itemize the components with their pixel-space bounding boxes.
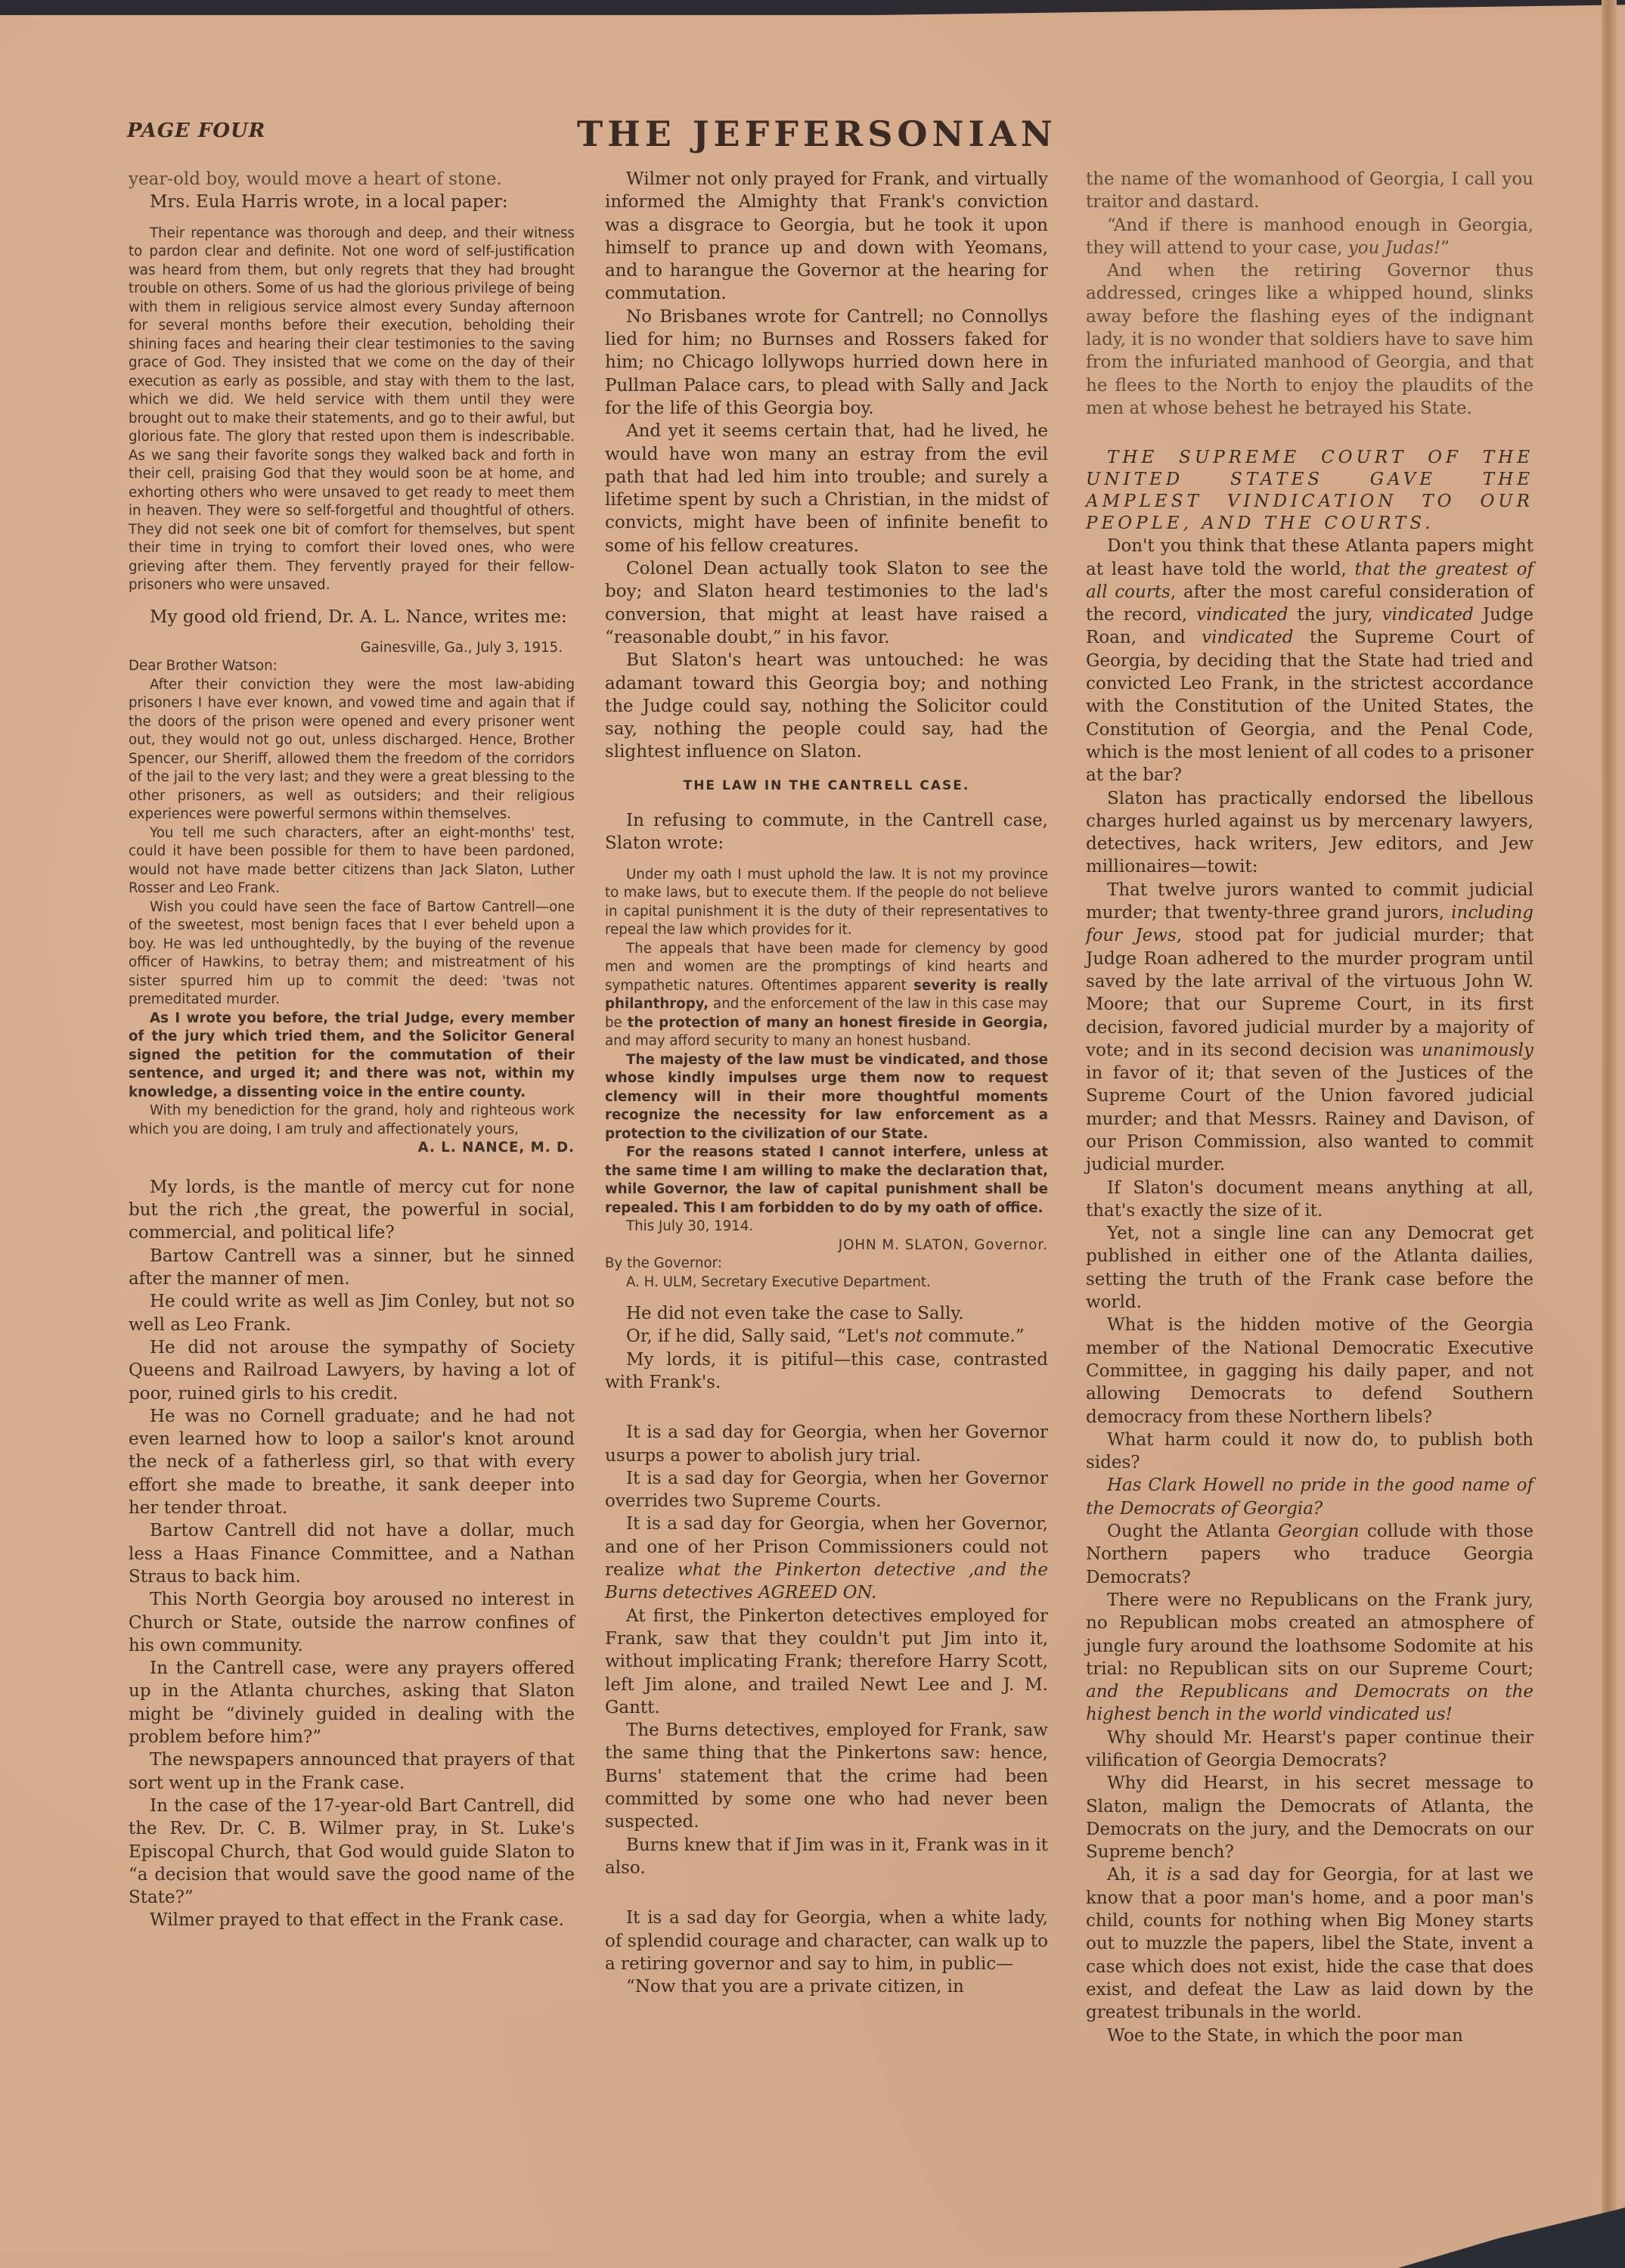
newspaper-title: THE JEFFERSONIAN [577,113,1057,154]
letter-paragraph: After their conviction they were the mos… [129,676,575,824]
paragraph: My good old friend, Dr. A. L. Nance, wri… [129,606,575,628]
statement-paragraph: For the reasons stated I cannot interfer… [605,1143,1048,1218]
paragraph: What is the hidden motive of the Georgia… [1086,1314,1534,1428]
paragraph: He did not even take the case to Sally. [605,1302,1048,1325]
paragraph: In refusing to commute, in the Cantrell … [605,809,1048,855]
paragraph: No Brisbanes wrote for Cantrell; no Conn… [605,306,1048,420]
paragraph: Why should Mr. Hearst's paper continue t… [1086,1727,1534,1773]
letter-dateline: Gainesville, Ga., July 3, 1915. [129,639,575,658]
letter-paragraph: Wish you could have seen the face of Bar… [129,898,575,1010]
column-2: Wilmer not only prayed for Frank, and vi… [605,168,1048,1998]
paragraph: Ought the Atlanta Georgian collude with … [1086,1520,1534,1589]
paragraph: He was no Cornell graduate; and he had n… [129,1405,575,1519]
statement-paragraph: The majesty of the law must be vindicate… [605,1051,1048,1144]
paragraph: If Slaton's document means anything at a… [1086,1177,1534,1223]
paragraph: It is a sad day for Georgia, when her Go… [605,1467,1048,1513]
paragraph: Wilmer not only prayed for Frank, and vi… [605,168,1048,306]
paragraph: Woe to the State, in which the poor man [1086,2024,1534,2047]
paragraph: At first, the Pinkerton detectives emplo… [605,1605,1048,1719]
paragraph: The Burns detectives, employed for Frank… [605,1719,1048,1833]
paragraph: And when the retiring Governor thus addr… [1086,259,1534,420]
letter-salutation: Dear Brother Watson: [129,657,575,676]
statement-by-line: By the Governor: [605,1255,1048,1274]
section-heading-cantrell-law: THE LAW IN THE CANTRELL CASE. [605,774,1048,797]
paragraph: My lords, it is pitiful—this case, contr… [605,1348,1048,1395]
section-heading-supreme-court: THE SUPREME COURT OF THE UNITED STATES G… [1086,447,1534,535]
paragraph: He did not arouse the sympathy of Societ… [129,1336,575,1405]
paragraph: He could write as well as Jim Conley, bu… [129,1290,575,1336]
page-number: PAGE FOUR [127,119,265,142]
paragraph: It is a sad day for Georgia, when a whit… [605,1907,1048,1975]
paragraph: It is a sad day for Georgia, when her Go… [605,1421,1048,1467]
column-3: the name of the womanhood of Georgia, I … [1086,168,1534,2047]
paragraph: the name of the womanhood of Georgia, I … [1086,168,1534,214]
statement-date: This July 30, 1914. [605,1218,1048,1236]
paragraph: There were no Republicans on the Frank j… [1086,1589,1534,1727]
paragraph: Or, if he did, Sally said, “Let's not co… [605,1325,1048,1348]
paragraph: In the Cantrell case, were any prayers o… [129,1657,575,1748]
paragraph: Yet, not a single line can any Democrat … [1086,1222,1534,1314]
paragraph: Bartow Cantrell was a sinner, but he sin… [129,1245,575,1291]
letter-signature: A. L. NANCE, M. D. [129,1139,575,1158]
masthead: PAGE FOUR THE JEFFERSONIAN [127,113,1526,151]
paragraph: “And if there is manhood enough in Georg… [1086,214,1534,260]
paragraph: In the case of the 17-year-old Bart Cant… [129,1795,575,1909]
letter-paragraph: With my benediction for the grand, holy … [129,1102,575,1139]
paragraph: It is a sad day for Georgia, when her Go… [605,1513,1048,1604]
paragraph: Why did Hearst, in his secret message to… [1086,1772,1534,1863]
page-fold-crease [1602,0,1617,2268]
paragraph: Burns knew that if Jim was in it, Frank … [605,1834,1048,1880]
paragraph: This North Georgia boy aroused no intere… [129,1588,575,1657]
paragraph: Colonel Dean actually took Slaton to see… [605,557,1048,649]
letter-paragraph: As I wrote you before, the trial Judge, … [129,1010,575,1103]
paragraph: Has Clark Howell no pride in the good na… [1086,1474,1534,1520]
statement-paragraph: The appeals that have been made for clem… [605,940,1048,1051]
paragraph: But Slaton's heart was untouched: he was… [605,649,1048,763]
statement-paragraph: Under my oath I must uphold the law. It … [605,866,1048,940]
letter-nance: Gainesville, Ga., July 3, 1915. Dear Bro… [129,639,575,1158]
paragraph: Don't you think that these Atlanta paper… [1086,535,1534,787]
paragraph: That twelve jurors wanted to commit judi… [1086,879,1534,1177]
column-1: year-old boy, would move a heart of ston… [129,168,575,1932]
paragraph: What harm could it now do, to publish bo… [1086,1429,1534,1475]
letter-paragraph: You tell me such characters, after an ei… [129,824,575,898]
paragraph: “Now that you are a private citizen, in [605,1975,1048,1998]
paragraph: Mrs. Eula Harris wrote, in a local paper… [129,191,575,213]
paragraph: Bartow Cantrell did not have a dollar, m… [129,1519,575,1588]
statement-signature: JOHN M. SLATON, Governor. [605,1236,1048,1255]
paragraph: Slaton has practically endorsed the libe… [1086,787,1534,879]
paragraph: The newspapers announced that prayers of… [129,1748,575,1795]
statement-secretary: A. H. ULM, Secretary Executive Departmen… [605,1274,1048,1292]
paragraph: year-old boy, would move a heart of ston… [129,168,575,191]
paragraph: My lords, is the mantle of mercy cut for… [129,1176,575,1245]
slaton-statement: Under my oath I must uphold the law. It … [605,866,1048,1292]
paragraph: Ah, it is a sad day for Georgia, for at … [1086,1863,1534,2024]
paragraph: And yet it seems certain that, had he li… [605,420,1048,557]
block-quote-harris: Their repentance was thorough and deep, … [129,225,575,595]
paragraph: Wilmer prayed to that effect in the Fran… [129,1909,575,1931]
